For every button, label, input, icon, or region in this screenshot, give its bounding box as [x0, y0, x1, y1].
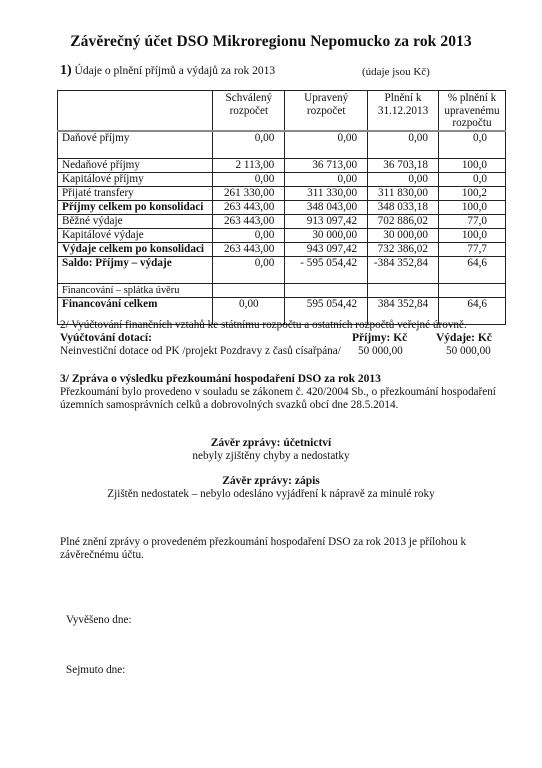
unit-note: (údaje jsou Kč)	[362, 66, 430, 78]
cell-plneni: 732 386,02	[368, 243, 439, 257]
cell-upraveny	[285, 284, 368, 298]
section2-subheading: Vyúčtování dotací:	[60, 332, 152, 344]
table-row: Nedaňové příjmy2 113,0036 713,0036 703,1…	[58, 159, 506, 173]
table-header-row: Schválený rozpočet Upravený rozpočet Pln…	[58, 91, 506, 132]
cell-plneni: -384 352,84	[368, 257, 439, 284]
cell-schvaleny: 261 330,00	[213, 187, 285, 201]
table-row: Daňové příjmy0,000,000,000,0	[58, 131, 506, 159]
cell-schvaleny: 263 443,00	[213, 201, 285, 215]
subsidy-vydaje: 50 000,00	[446, 345, 491, 357]
cell-procento: 100,2	[438, 187, 505, 201]
header-label	[58, 91, 213, 132]
cell-plneni: 36 703,18	[368, 159, 439, 173]
row-label: Saldo: Příjmy – výdaje	[58, 257, 213, 284]
cell-procento	[438, 284, 505, 298]
section3-paragraph: Přezkoumání bylo provedeno v souladu se …	[60, 386, 510, 412]
cell-plneni: 311 830,00	[368, 187, 439, 201]
cell-procento: 0,0	[438, 131, 505, 159]
row-label: Kapitálové příjmy	[58, 173, 213, 187]
table-row: Běžné výdaje263 443,00913 097,42702 886,…	[58, 215, 506, 229]
cell-procento: 77,0	[438, 215, 505, 229]
section2-col-vydaje: Výdaje: Kč	[436, 332, 492, 344]
cell-plneni: 348 033,18	[368, 201, 439, 215]
section2-heading: 2/ Vyúčtování finančních vztahů ke státn…	[60, 319, 467, 331]
cell-procento: 100,0	[438, 159, 505, 173]
row-label: Příjmy celkem po konsolidaci	[58, 201, 213, 215]
cell-schvaleny: 0,00	[213, 131, 285, 159]
posted-date-label: Vyvěšeno dne:	[66, 614, 132, 626]
cell-schvaleny: 263 443,00	[213, 215, 285, 229]
cell-schvaleny: 0,00	[213, 257, 285, 284]
document-title: Závěrečný účet DSO Mikroregionu Nepomuck…	[0, 33, 542, 51]
subsidy-prijmy: 50 000,00	[358, 345, 403, 357]
cell-procento: 0,0	[438, 173, 505, 187]
table-row: Kapitálové výdaje0,0030 000,0030 000,001…	[58, 229, 506, 243]
table-row: Přijaté transfery261 330,00311 330,00311…	[58, 187, 506, 201]
row-label: Financování – splátka úvěru	[58, 284, 213, 298]
cell-upraveny: 30 000,00	[285, 229, 368, 243]
cell-procento: 100,0	[438, 229, 505, 243]
header-plneni: Plnění k 31.12.2013	[368, 91, 439, 132]
cell-schvaleny: 0,00	[213, 173, 285, 187]
row-label: Běžné výdaje	[58, 215, 213, 229]
row-label: Výdaje celkem po konsolidaci	[58, 243, 213, 257]
conclusion1-text: nebyly zjištěny chyby a nedostatky	[0, 450, 542, 462]
cell-procento: 64,6	[438, 257, 505, 284]
cell-plneni: 702 886,02	[368, 215, 439, 229]
budget-table: Schválený rozpočet Upravený rozpočet Pln…	[57, 90, 506, 325]
section2-col-prijmy: Příjmy: Kč	[352, 332, 407, 344]
cell-upraveny: 311 330,00	[285, 187, 368, 201]
cell-upraveny: 943 097,42	[285, 243, 368, 257]
table-row: Příjmy celkem po konsolidaci263 443,0034…	[58, 201, 506, 215]
conclusion2-title: Závěr zprávy: zápis	[0, 475, 542, 487]
row-label: Nedaňové příjmy	[58, 159, 213, 173]
cell-procento: 100,0	[438, 201, 505, 215]
cell-plneni: 0,00	[368, 131, 439, 159]
subsidy-label: Neinvestiční dotace od PK /projekt Pozdr…	[60, 345, 341, 357]
header-procento: % plnění k upravenému rozpočtu	[438, 91, 505, 132]
cell-schvaleny: 263 443,00	[213, 243, 285, 257]
conclusion2-text: Zjištěn nedostatek – nebylo odesláno vyj…	[0, 488, 542, 500]
cell-upraveny: 913 097,42	[285, 215, 368, 229]
header-schvaleny: Schválený rozpočet	[213, 91, 285, 132]
section1-title: Údaje o plnění příjmů a výdajů za rok 20…	[75, 65, 276, 77]
table-row: Financování – splátka úvěru	[58, 284, 506, 298]
cell-schvaleny: 0,00	[213, 229, 285, 243]
cell-schvaleny: 2 113,00	[213, 159, 285, 173]
header-upraveny: Upravený rozpočet	[285, 91, 368, 132]
table-row: Kapitálové příjmy0,000,000,000,0	[58, 173, 506, 187]
section3-heading: 3/ Zpráva o výsledku přezkoumání hospoda…	[60, 373, 381, 385]
cell-upraveny: 36 713,00	[285, 159, 368, 173]
cell-schvaleny	[213, 284, 285, 298]
row-label: Přijaté transfery	[58, 187, 213, 201]
cell-procento: 77,7	[438, 243, 505, 257]
table-row: Saldo: Příjmy – výdaje0,00- 595 054,42-3…	[58, 257, 506, 284]
attachment-note: Plné znění zprávy o provedeném přezkoumá…	[60, 536, 510, 562]
cell-upraveny: 348 043,00	[285, 201, 368, 215]
row-label: Daňové příjmy	[58, 131, 213, 159]
cell-upraveny: 0,00	[285, 131, 368, 159]
removed-date-label: Sejmuto dne:	[66, 664, 125, 676]
section1-heading: 1) Údaje o plnění příjmů a výdajů za rok…	[60, 63, 275, 79]
row-label: Kapitálové výdaje	[58, 229, 213, 243]
table-row: Výdaje celkem po konsolidaci263 443,0094…	[58, 243, 506, 257]
conclusion1-title: Závěr zprávy: účetnictví	[0, 437, 542, 449]
cell-upraveny: 0,00	[285, 173, 368, 187]
cell-plneni: 30 000,00	[368, 229, 439, 243]
cell-plneni	[368, 284, 439, 298]
section1-number: 1)	[60, 63, 72, 78]
cell-upraveny: - 595 054,42	[285, 257, 368, 284]
cell-plneni: 0,00	[368, 173, 439, 187]
